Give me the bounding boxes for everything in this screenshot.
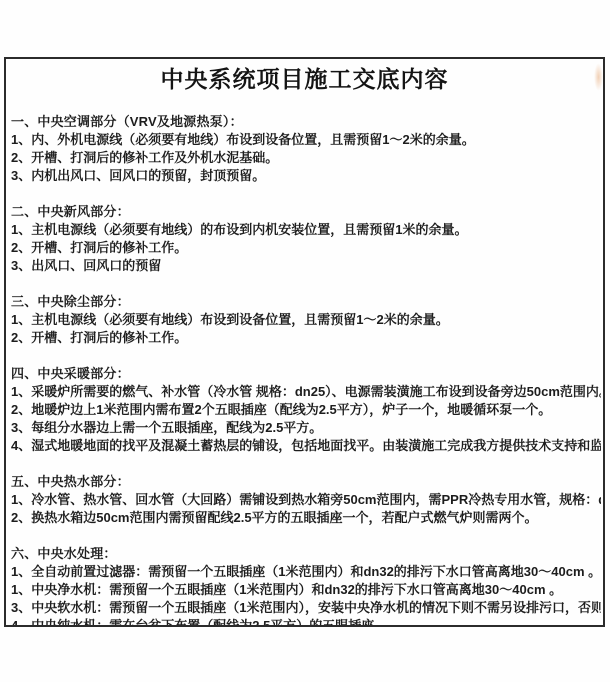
section-heading: 一、中央空调部分（VRV及地源热泵）： (11, 113, 601, 131)
section-item: 3、中央软水机：需预留一个五眼插座（1米范围内），安装中央净水机的情况下则不需另… (11, 599, 601, 617)
section-item: 2、开槽、打洞后的修补工作。 (11, 329, 601, 347)
section-heading: 五、中央热水部分： (11, 473, 601, 491)
section-item: 3、内机出风口、回风口的预留，封顶预留。 (11, 167, 601, 185)
section-heading: 三、中央除尘部分： (11, 293, 601, 311)
section-item: 4、中央纯水机：需在台盆下布置（配线为2.5平方）的五眼插座。 (11, 617, 601, 627)
section-item: 2、开槽、打洞后的修补工作。 (11, 239, 601, 257)
section-5: 五、中央热水部分：1、冷水管、热水管、回水管（大回路）需铺设到热水箱旁50cm范… (11, 473, 601, 527)
section-item: 1、冷水管、热水管、回水管（大回路）需铺设到热水箱旁50cm范围内，需PPR冷热… (11, 491, 601, 509)
section-6: 六、中央水处理：1、全自动前置过滤器：需预留一个五眼插座（1米范围内）和dn32… (11, 545, 601, 627)
section-item: 3、出风口、回风口的预留 (11, 257, 601, 275)
section-item: 1、主机电源线（必须要有地线）布设到设备位置，且需预留1～2米的余量。 (11, 311, 601, 329)
section-item: 1、中央净水机：需预留一个五眼插座（1米范围内）和dn32的排污下水口管高离地3… (11, 581, 601, 599)
section-item: 2、开槽、打洞后的修补工作及外机水泥基础。 (11, 149, 601, 167)
section-heading: 六、中央水处理： (11, 545, 601, 563)
section-item: 2、换热水箱边50cm范围内需预留配线2.5平方的五眼插座一个，若配户式燃气炉则… (11, 509, 601, 527)
section-item: 1、采暖炉所需要的燃气、补水管（冷水管 规格：dn25）、电源需装潢施工布设到设… (11, 383, 601, 401)
section-4: 四、中央采暖部分：1、采暖炉所需要的燃气、补水管（冷水管 规格：dn25）、电源… (11, 365, 601, 455)
section-heading: 四、中央采暖部分： (11, 365, 601, 383)
section-item: 1、主机电源线（必须要有地线）的布设到内机安装位置，且需预留1米的余量。 (11, 221, 601, 239)
document-title: 中央系统项目施工交底内容 (6, 66, 603, 92)
section-1: 一、中央空调部分（VRV及地源热泵）：1、内、外机电源线（必须要有地线）布设到设… (11, 113, 601, 185)
section-2: 二、中央新风部分：1、主机电源线（必须要有地线）的布设到内机安装位置，且需预留1… (11, 203, 601, 275)
section-heading: 二、中央新风部分： (11, 203, 601, 221)
section-item: 1、内、外机电源线（必须要有地线）布设到设备位置，且需预留1～2米的余量。 (11, 131, 601, 149)
document-frame: 中央系统项目施工交底内容 一、中央空调部分（VRV及地源热泵）：1、内、外机电源… (4, 57, 605, 627)
section-3: 三、中央除尘部分：1、主机电源线（必须要有地线）布设到设备位置，且需预留1～2米… (11, 293, 601, 347)
document-page: 中央系统项目施工交底内容 一、中央空调部分（VRV及地源热泵）：1、内、外机电源… (0, 0, 610, 682)
section-item: 1、全自动前置过滤器：需预留一个五眼插座（1米范围内）和dn32的排污下水口管高… (11, 563, 601, 581)
document-body: 一、中央空调部分（VRV及地源热泵）：1、内、外机电源线（必须要有地线）布设到设… (6, 113, 603, 627)
section-item: 4、湿式地暖地面的找平及混凝土蓄热层的铺设，包括地面找平。由装潢施工完成我方提供… (11, 437, 601, 455)
section-item: 2、地暖炉边上1米范围内需布置2个五眼插座（配线为2.5平方），炉子一个，地暖循… (11, 401, 601, 419)
section-item: 3、每组分水器边上需一个五眼插座，配线为2.5平方。 (11, 419, 601, 437)
